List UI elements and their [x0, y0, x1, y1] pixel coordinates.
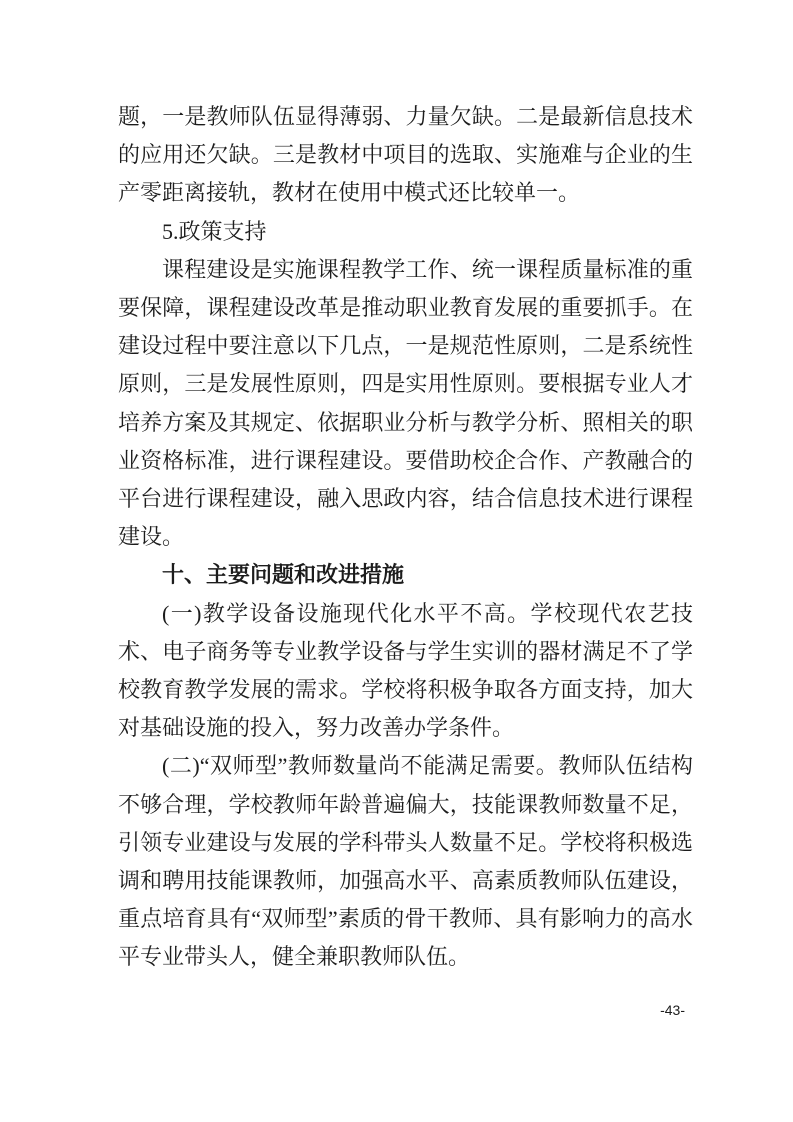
numbered-item: 5.政策支持: [118, 213, 693, 251]
document-page: 题，一是教师队伍显得薄弱、力量欠缺。二是最新信息技术的应用还欠缺。三是教材中项目…: [0, 0, 793, 1122]
paragraph: 课程建设是实施课程教学工作、统一课程质量标准的重要保障，课程建设改革是推动职业教…: [118, 251, 693, 557]
paragraph: (一)教学设备设施现代化水平不高。学校现代农艺技术、电子商务等专业教学设备与学生…: [118, 595, 693, 748]
section-heading: 十、主要问题和改进措施: [118, 556, 693, 594]
paragraph: (二)“双师型”教师数量尚不能满足需要。教师队伍结构不够合理，学校教师年龄普遍偏…: [118, 747, 693, 976]
document-body: 题，一是教师队伍显得薄弱、力量欠缺。二是最新信息技术的应用还欠缺。三是教材中项目…: [118, 98, 693, 977]
page-number: -43-: [660, 1002, 685, 1018]
paragraph: 题，一是教师队伍显得薄弱、力量欠缺。二是最新信息技术的应用还欠缺。三是教材中项目…: [118, 98, 693, 213]
